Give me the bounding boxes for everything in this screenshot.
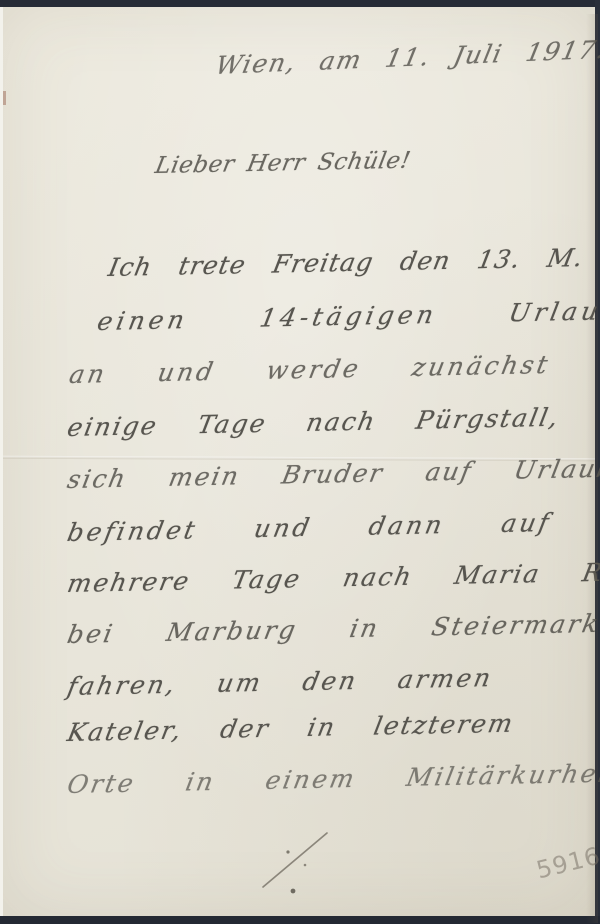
scan-border-bottom (0, 916, 600, 924)
letter-line-1: Ich trete Freitag den 13. M. (106, 243, 586, 282)
letter-line-2: einen 14-tägigen Urlaub (95, 296, 600, 336)
letter-page: Wien, am 11. Juli 1917. Lieber Herr Schü… (3, 7, 595, 916)
salutation: Lieber Herr Schüle! (153, 148, 413, 179)
letter-line-4: einige Tage nach Pürgstall, wo (65, 401, 600, 442)
paper-shadow-right (586, 14, 598, 923)
letter-line-10: Kateler, der in letzterem (65, 709, 517, 747)
continuation-mark (255, 825, 335, 897)
letter-line-3: an und werde zunächst auf (67, 348, 600, 389)
edge-mark (3, 91, 6, 105)
letter-line-9: fahren, um den armen (65, 663, 495, 701)
letter-line-8: bei Marburg in Steiermark (65, 609, 600, 649)
letter-line-7: mehrere Tage nach Maria Rast (65, 557, 600, 598)
dateline: Wien, am 11. Juli 1917. (213, 35, 600, 80)
letter-line-5: sich mein Bruder auf Urlaub (65, 454, 600, 494)
letter-line-6: befindet und dann auf (65, 508, 554, 547)
letter-line-11: Orte in einem Militärkurheime (65, 758, 600, 799)
